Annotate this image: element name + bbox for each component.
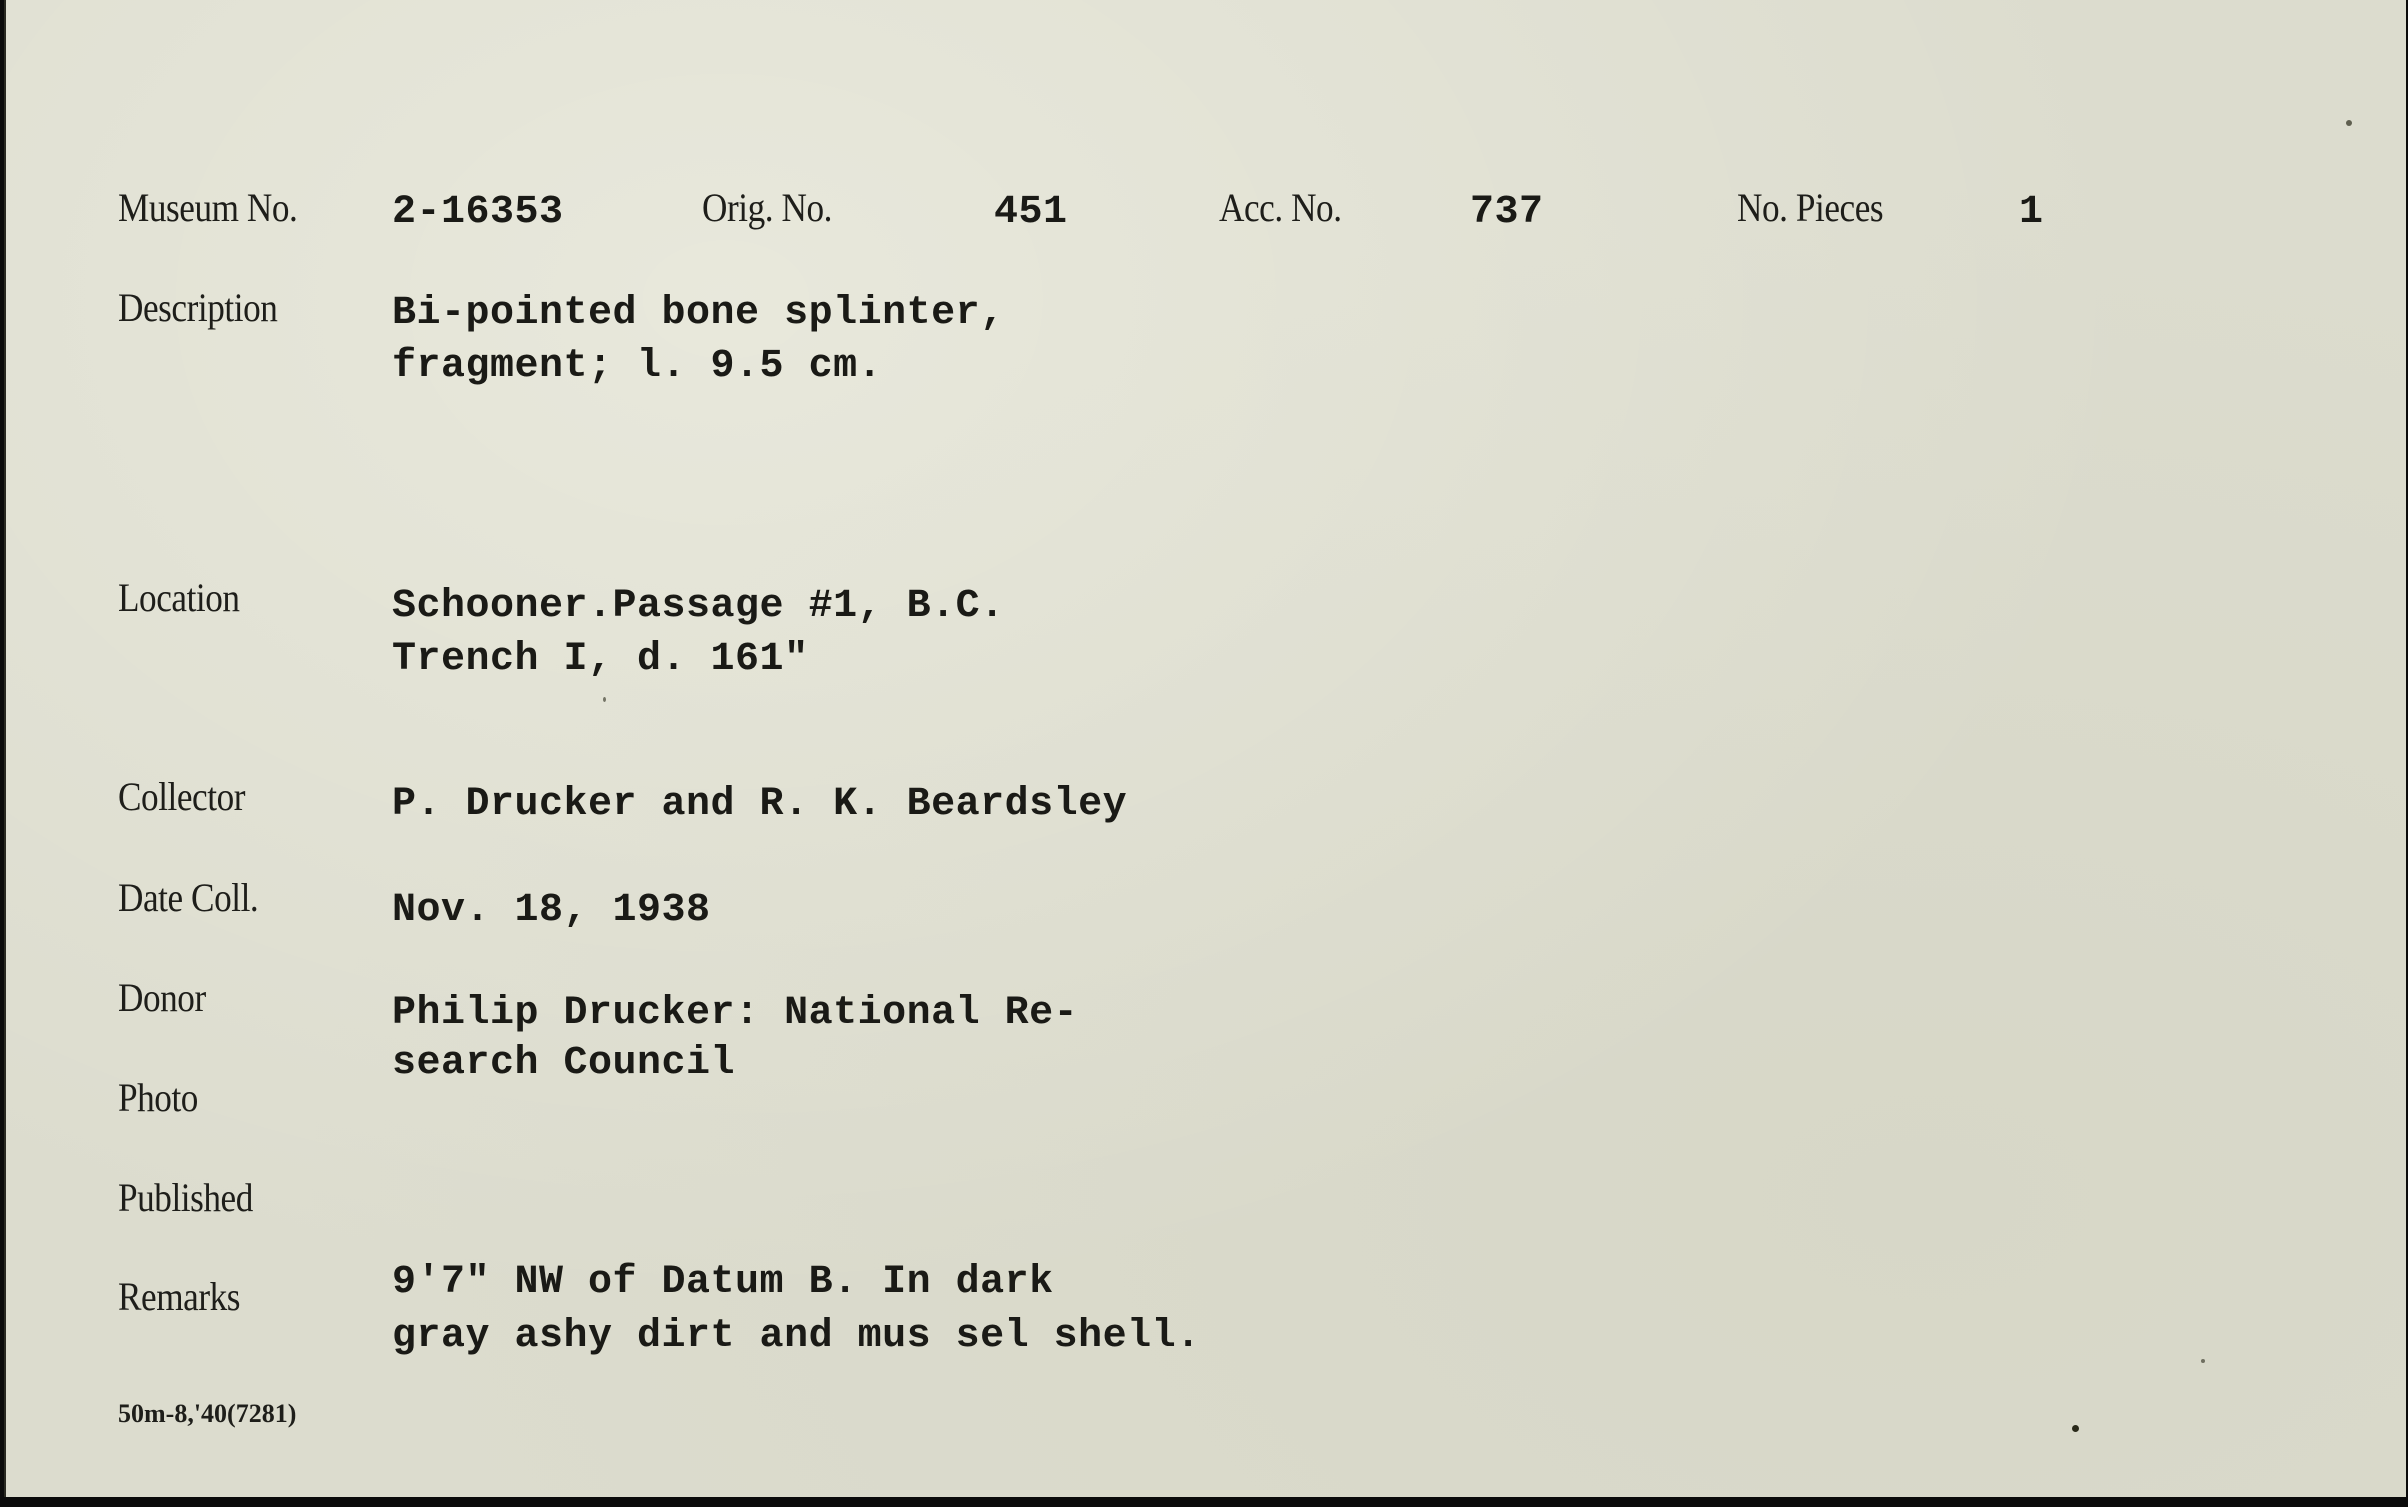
museum-no-value: 2-16353 xyxy=(392,186,564,240)
remarks-line-1: 9'7" NW of Datum B. In dark xyxy=(392,1256,1054,1310)
location-line-2: Trench I, d. 161" xyxy=(392,633,809,687)
location-line-1: Schooner.Passage #1, B.C. xyxy=(392,580,1005,634)
print-code: 50m-8,'40(7281) xyxy=(118,1399,296,1429)
date-coll-value: Nov. 18, 1938 xyxy=(392,884,711,938)
no-pieces-value: 1 xyxy=(2019,186,2044,240)
donor-line-2: search Council xyxy=(392,1037,735,1091)
collector-value: P. Drucker and R. K. Beardsley xyxy=(392,778,1127,832)
collector-label: Collector xyxy=(118,773,245,820)
description-label: Description xyxy=(118,284,277,331)
paper-speck xyxy=(2346,120,2352,126)
date-coll-label: Date Coll. xyxy=(118,874,258,921)
description-line-1: Bi-pointed bone splinter, xyxy=(392,287,1005,341)
description-line-2: fragment; l. 9.5 cm. xyxy=(392,340,882,394)
location-label: Location xyxy=(118,574,240,621)
donor-line-1: Philip Drucker: National Re- xyxy=(392,987,1078,1041)
remarks-label: Remarks xyxy=(118,1273,240,1320)
acc-no-label: Acc. No. xyxy=(1219,184,1342,231)
orig-no-label: Orig. No. xyxy=(702,184,832,231)
no-pieces-label: No. Pieces xyxy=(1737,184,1883,231)
paper-speck xyxy=(2072,1425,2079,1432)
photo-label: Photo xyxy=(118,1074,198,1121)
orig-no-value: 451 xyxy=(994,186,1068,240)
acc-no-value: 737 xyxy=(1470,186,1544,240)
museum-no-label: Museum No. xyxy=(118,184,297,231)
paper-speck xyxy=(603,697,606,702)
paper-speck xyxy=(2201,1359,2205,1363)
donor-label: Donor xyxy=(118,974,206,1021)
catalog-card: Museum No. 2-16353 Orig. No. 451 Acc. No… xyxy=(4,0,2406,1497)
published-label: Published xyxy=(118,1174,253,1221)
remarks-line-2: gray ashy dirt and mus sel shell. xyxy=(392,1310,1201,1364)
